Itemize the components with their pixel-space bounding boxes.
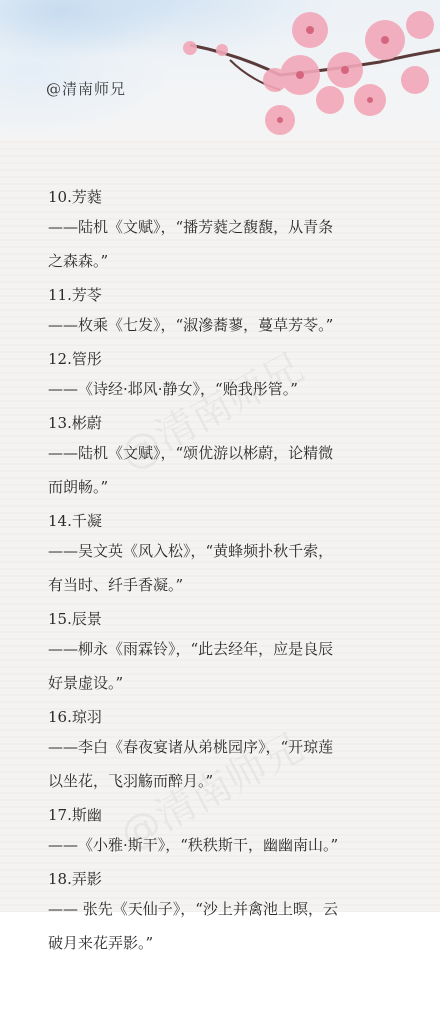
entry: 15.辰景 ——柳永《雨霖铃》，“此去经年，应是良辰 好景虚设。”: [48, 602, 428, 700]
entry-quote: —— 张先《天仙子》，“沙上并禽池上暝，云: [48, 892, 428, 926]
entry-title: 16.琼羽: [48, 700, 428, 730]
entry-quote: ——《小雅·斯干》，“秩秩斯干，幽幽南山。”: [48, 828, 428, 862]
entry: 11.芳苓 ——枚乘《七发》，“淑滲蕎蓼，蔓草芳苓。”: [48, 278, 428, 342]
entry: 16.琼羽 ——李白《春夜宴诸从弟桃园序》，“开琼莲 以坐花，飞羽觞而醉月。”: [48, 700, 428, 798]
entry-quote: ——枚乘《七发》，“淑滲蕎蓼，蔓草芳苓。”: [48, 308, 428, 342]
entry-quote: 以坐花，飞羽觞而醉月。”: [48, 764, 428, 798]
author-handle: @清南师兄: [46, 78, 126, 99]
entry: 14.千凝 ——吴文英《风入松》，“黄蜂频扑秋千索， 有当时、纤手香凝。”: [48, 504, 428, 602]
entry-quote: ——柳永《雨霖铃》，“此去经年，应是良辰: [48, 632, 428, 666]
entry-quote: 有当时、纤手香凝。”: [48, 568, 428, 602]
entry-quote: 破月来花弄影。”: [48, 926, 428, 960]
entry: 10.芳蕤 ——陆机《文赋》，“播芳蕤之馥馥，从青条 之森森。”: [48, 180, 428, 278]
entry-title: 13.彬蔚: [48, 406, 428, 436]
entry-quote: ——《诗经·邶风·静女》，“贻我彤管。”: [48, 372, 428, 406]
entry: 18.弄影 —— 张先《天仙子》，“沙上并禽池上暝，云 破月来花弄影。”: [48, 862, 428, 960]
entry-title: 11.芳苓: [48, 278, 428, 308]
entry-title: 14.千凝: [48, 504, 428, 534]
entry-title: 12.管彤: [48, 342, 428, 372]
entry-quote: 而朗畅。”: [48, 470, 428, 504]
entry: 17.斯幽 ——《小雅·斯干》，“秩秩斯干，幽幽南山。”: [48, 798, 428, 862]
entry: 12.管彤 ——《诗经·邶风·静女》，“贻我彤管。”: [48, 342, 428, 406]
entry-quote: ——吴文英《风入松》，“黄蜂频扑秋千索，: [48, 534, 428, 568]
entry: 13.彬蔚 ——陆机《文赋》，“颂优游以彬蔚，论精微 而朗畅。”: [48, 406, 428, 504]
entry-quote: 之森森。”: [48, 244, 428, 278]
entry-title: 18.弄影: [48, 862, 428, 892]
entry-title: 10.芳蕤: [48, 180, 428, 210]
plum-blossom-branch-icon: [180, 0, 440, 160]
entry-title: 17.斯幽: [48, 798, 428, 828]
entry-quote: ——陆机《文赋》，“播芳蕤之馥馥，从青条: [48, 210, 428, 244]
entry-title: 15.辰景: [48, 602, 428, 632]
entry-quote: 好景虚设。”: [48, 666, 428, 700]
entry-quote: ——李白《春夜宴诸从弟桃园序》，“开琼莲: [48, 730, 428, 764]
entry-list: 10.芳蕤 ——陆机《文赋》，“播芳蕤之馥馥，从青条 之森森。” 11.芳苓 —…: [48, 180, 428, 960]
entry-quote: ——陆机《文赋》，“颂优游以彬蔚，论精微: [48, 436, 428, 470]
